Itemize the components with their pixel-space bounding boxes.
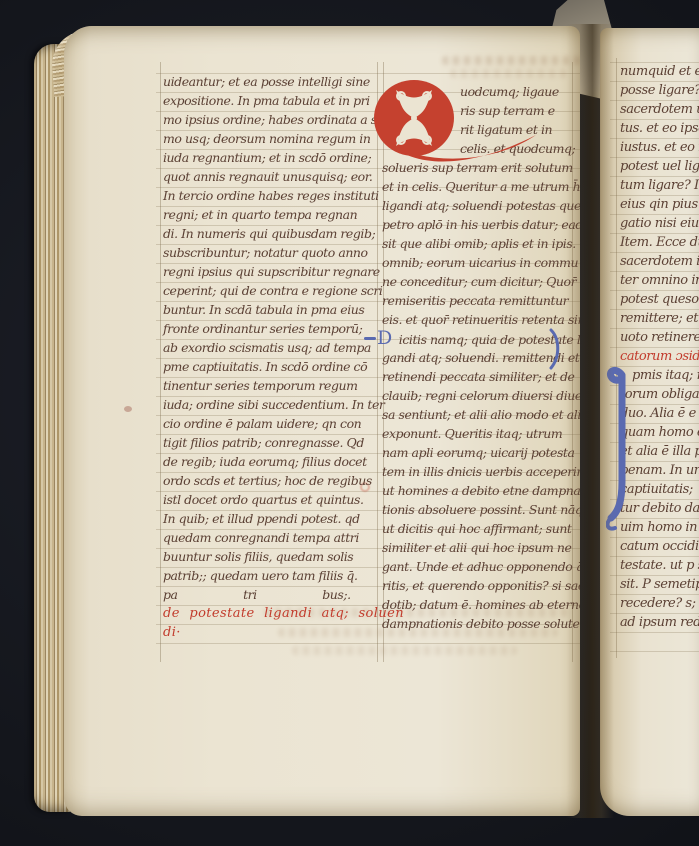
manuscript-text-line: In quib; et illud ppendi potest. qd <box>163 509 379 528</box>
manuscript-text-line: tus. et eo ipso lig <box>620 119 699 138</box>
manuscript-text-line: remiseritis peccata remittuntur <box>382 291 578 310</box>
manuscript-text-line: tem in illis dnicis uerbis acceperint; <box>382 462 578 481</box>
manuscript-text-line: ter omnino in <box>620 271 699 290</box>
manuscript-text-line: sacerdotem in <box>620 252 699 271</box>
manuscript-text-line: sacerdotem un <box>620 100 699 119</box>
manuscript-text-line: iuda; ordine sibi succedentium. In ter <box>163 395 379 414</box>
manuscript-text-line: remittere; et i <box>620 309 699 328</box>
manuscript-text-line: omnib; eorum uicarius in commu <box>382 253 578 272</box>
manuscript-text-line: fronte ordinantur series temporū; <box>163 319 379 338</box>
manuscript-text-line: numquid et eod <box>620 62 699 81</box>
left-manuscript-page: uideantur; et ea posse intelligi sineexp… <box>64 26 580 816</box>
manuscript-text-line: nam apli eorumq; uicarij potesta <box>382 443 578 462</box>
facing-page-text-column: numquid et eodposse ligare? Csacerdotem … <box>620 62 699 632</box>
illuminated-initial-q <box>372 79 542 175</box>
manuscript-text-line: mo usq; deorsum nomina regum in <box>163 129 379 148</box>
manuscript-text-line: potest uel liga <box>620 157 699 176</box>
manuscript-text-line: In tercio ordine habes reges instituti <box>163 186 379 205</box>
manuscript-text-line: eis. et quor̄ retinueritis retenta sint; <box>382 310 578 329</box>
manuscript-text-line: sa sentiunt; et alii alio modo et aliī <box>382 405 578 424</box>
manuscript-text-line: dotib; datum ē. homines ab eterne <box>382 595 578 614</box>
manuscript-text-line: similiter et alii qui hoc ipsum ne <box>382 538 578 557</box>
manuscript-text-line: pa tri bus;. <box>163 585 379 604</box>
manuscript-text-line: potest queso r <box>620 290 699 309</box>
show-through-text <box>442 56 580 65</box>
manuscript-text-line: clauib; regni celorum diuersi diuer <box>382 386 578 405</box>
manuscript-text-line: pme captiuitatis. In scdō ordine cō <box>163 357 379 376</box>
manuscript-text-line: petro aplō in his uerbis datur; ead' <box>382 215 578 234</box>
right-manuscript-page: numquid et eodposse ligare? Csacerdotem … <box>600 28 699 816</box>
show-through-text <box>450 69 568 78</box>
rubric-caption: de potestate ligandi atq; soluendi· <box>163 604 393 642</box>
manuscript-text-line: iustus. et eo ipso <box>620 138 699 157</box>
manuscript-text-line: sit que alibi omib; aplis et in ipis. <box>382 234 578 253</box>
left-text-column: uideantur; et ea posse intelligi sineexp… <box>163 72 379 604</box>
manuscript-text-line: regni; et in quarto tempa regnan <box>163 205 379 224</box>
manuscript-text-line: ut dicitis qui hoc affirmant; sunt <box>382 519 578 538</box>
manuscript-text-line: ritis, et querendo opponitis? si sacer <box>382 576 578 595</box>
manuscript-text-line: ut homines a debito etne dampna <box>382 481 578 500</box>
manuscript-text-line: tinentur series temporum regum <box>163 376 379 395</box>
manuscript-text-line: uideantur; et ea posse intelligi sine <box>163 72 379 91</box>
manuscript-text-line: ab exordio scismatis usq; ad tempa <box>163 338 379 357</box>
manuscript-text-line: tum ligare? I <box>620 176 699 195</box>
manuscript-text-line: quot annis regnauit unusquisq; eor. <box>163 167 379 186</box>
manuscript-text-line: uoto retinere? <box>620 328 699 347</box>
manuscript-text-line: quedam conregnandi tempa attri <box>163 528 379 547</box>
manuscript-text-line: ad ipsum red <box>620 613 699 632</box>
manuscript-text-line: buuntur solis filiis, quedam solis <box>163 547 379 566</box>
manuscript-text-line: dampnationis debito posse solute. <box>382 614 578 633</box>
illuminated-initial-blue <box>606 364 632 536</box>
manuscript-text-line: cio ordine ē palam uidere; qn con <box>163 414 379 433</box>
parchment-stain <box>124 406 132 412</box>
manuscript-text-line: ceperint; qui de contra e regione scri <box>163 281 379 300</box>
manuscript-text-line: expositione. In pma tabula et in pri <box>163 91 379 110</box>
manuscript-text-line: posse ligare? C <box>620 81 699 100</box>
manuscript-text-line: mo ipsius ordine; habes ordinata a sū <box>163 110 379 129</box>
manuscript-text-line: tionis absoluere possint. Sunt nāq; <box>382 500 578 519</box>
manuscript-text-line: de potestate ligandi atq; soluen <box>163 604 393 623</box>
manuscript-text-line: Item. Ecce duo <box>620 233 699 252</box>
photo-backdrop: uideantur; et ea posse intelligi sineexp… <box>0 0 699 846</box>
manuscript-text-line: gatio nisi eius <box>620 214 699 233</box>
ruling-vertical <box>616 58 617 658</box>
manuscript-text-line: recedere? s; p l <box>620 594 699 613</box>
illuminated-initial-d: D <box>377 327 392 349</box>
manuscript-text-line: exponunt. Queritis itaq; utrum <box>382 424 578 443</box>
manuscript-text-line: di. In numeris qui quibusdam regib; <box>163 224 379 243</box>
manuscript-text-line: subscribuntur; notatur quoto anno <box>163 243 379 262</box>
ruling-vertical <box>160 62 161 662</box>
manuscript-text-line: regni ipsius qui supscribitur regnare <box>163 262 379 281</box>
manuscript-text-line: ligandi atq; soluendi potestas que <box>382 196 578 215</box>
blue-pen-flourish <box>548 328 562 370</box>
manuscript-text-line: ordo scds et tertius; hoc de regibus <box>163 471 379 490</box>
show-through-text <box>292 646 517 655</box>
manuscript-text-line: ne conceditur; cum dicitur; Quor̄ <box>382 272 578 291</box>
manuscript-text-line: eius qin pius li <box>620 195 699 214</box>
manuscript-text-line: istl docet ordo quartus et quintus. <box>163 490 379 509</box>
manuscript-text-line: patrib;; quedam uero tam filiis q̄. <box>163 566 379 585</box>
manuscript-text-line: gant. Unde et adhuc opponendo q̄ <box>382 557 578 576</box>
manuscript-text-line: et in celis. Queritur a me utrum h̄ <box>382 177 578 196</box>
manuscript-text-line: sit. P semetip <box>620 575 699 594</box>
manuscript-text-line: testate. ut p s <box>620 556 699 575</box>
manuscript-text-line: buntur. In scdā tabula in pma eius <box>163 300 379 319</box>
manuscript-text-line: de regib; iuda eorumq; filius docet <box>163 452 379 471</box>
manuscript-text-line: di· <box>163 623 393 642</box>
manuscript-text-line: catum occidit <box>620 537 699 556</box>
manuscript-text-line: tigit filios patrib; conregnasse. Qd <box>163 433 379 452</box>
manuscript-text-line: iuda regnantium; et in scdō ordine; <box>163 148 379 167</box>
